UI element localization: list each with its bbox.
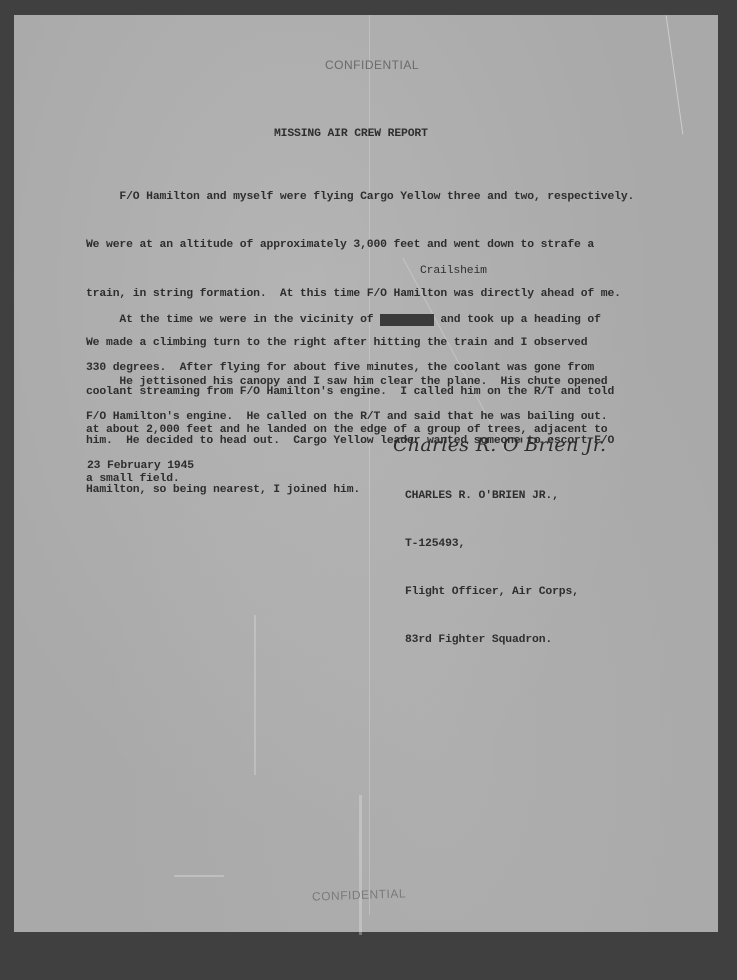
scan-scratch bbox=[359, 795, 362, 935]
scan-scratch bbox=[174, 875, 224, 877]
signer-rank: Flight Officer, Air Corps, bbox=[405, 584, 579, 600]
signature-block: CHARLES R. O'BRIEN JR., T-125493, Flight… bbox=[405, 456, 579, 664]
report-date: 23 February 1945 bbox=[87, 458, 194, 474]
text-line: We were at an altitude of approximately … bbox=[86, 237, 634, 253]
signer-name: CHARLES R. O'BRIEN JR., bbox=[405, 488, 579, 504]
scan-scratch bbox=[666, 16, 684, 135]
signer-serial: T-125493, bbox=[405, 536, 579, 552]
signer-unit: 83rd Fighter Squadron. bbox=[405, 632, 579, 648]
text-line: He jettisoned his canopy and I saw him c… bbox=[86, 374, 607, 390]
location-insertion: Crailsheim bbox=[420, 263, 487, 279]
confidential-stamp-top: CONFIDENTIAL bbox=[325, 58, 419, 72]
text-line: F/O Hamilton and myself were flying Carg… bbox=[86, 189, 634, 205]
text-line: At the time we were in the vicinity of X… bbox=[86, 312, 607, 328]
scan-scratch bbox=[254, 615, 256, 775]
text-segment: and took up a heading of bbox=[434, 314, 601, 326]
report-title: MISSING AIR CREW REPORT bbox=[274, 126, 428, 142]
handwritten-signature: Charles R. O'Brien Jr. bbox=[393, 434, 606, 456]
text-segment: At the time we were in the vicinity of bbox=[86, 314, 380, 326]
redacted-text: XXXXXXXX bbox=[380, 314, 433, 326]
